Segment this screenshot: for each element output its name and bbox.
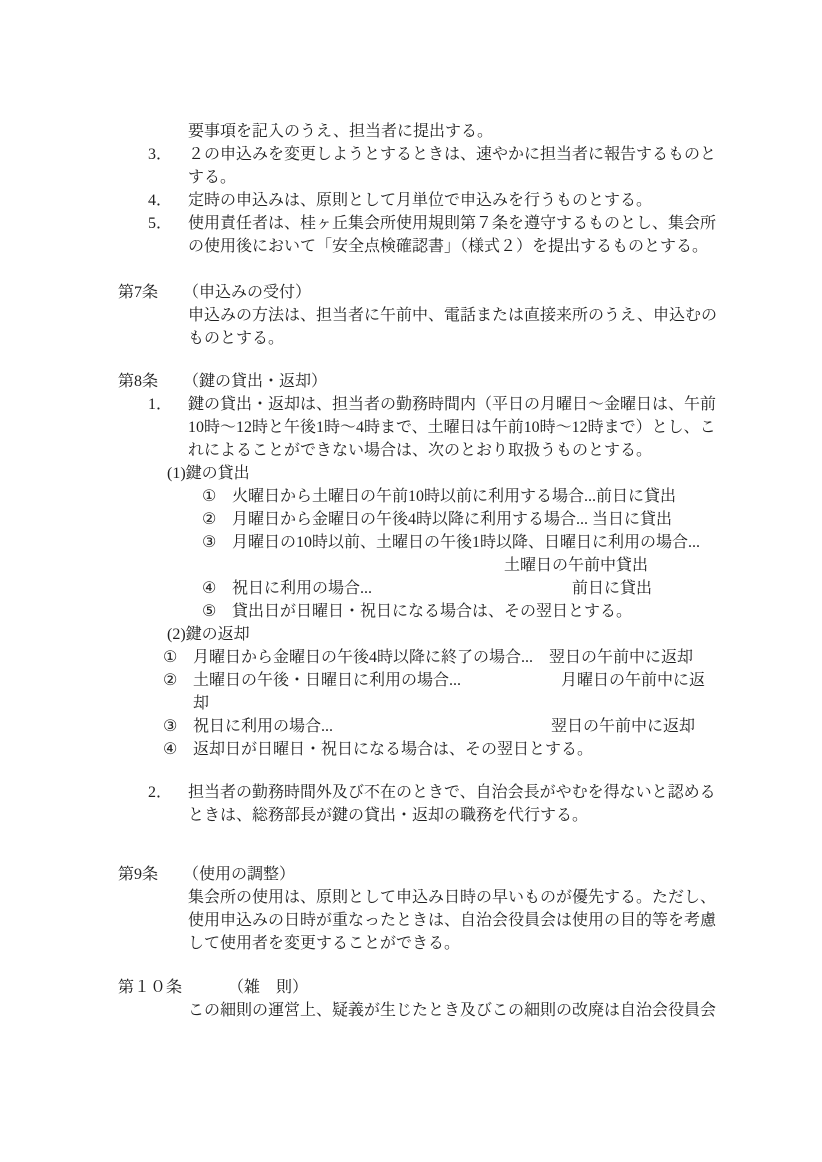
- item-text: 月曜日から金曜日の午後4時以降に終了の場合...翌日の午前中に返却: [193, 646, 718, 669]
- article-8-item-2: 2． 担当者の勤務時間外及び不在のときで、自治会長がやむを得ないと認めるときは、…: [0, 781, 822, 827]
- item-text: 鍵の貸出・返却は、担当者の勤務時間内（平日の月曜日～金曜日は、午前10時～12時…: [188, 393, 718, 462]
- item-text: 担当者の勤務時間外及び不在のときで、自治会長がやむを得ないと認めるときは、総務部…: [188, 781, 718, 827]
- circled-number: ②: [163, 669, 177, 692]
- sublist-label: (2)鍵の返却: [167, 623, 822, 646]
- circled-number: ①: [163, 646, 177, 669]
- result-text: 前日に貸出: [572, 580, 652, 597]
- item-number: 4．: [148, 189, 172, 212]
- condition-text: 月曜日から金曜日の午後4時以降に終了の場合...: [193, 649, 533, 666]
- item-number: 5．: [148, 212, 172, 235]
- condition-text: 祝日に利用の場合...: [232, 580, 372, 597]
- article-10-body: この細則の運営上、疑義が生じたとき及びこの細則の改廃は自治会役員会: [0, 999, 822, 1022]
- condition-text: 土曜日の午後・日曜日に利用の場合...: [193, 672, 461, 689]
- article-title: （使用の調整）: [183, 863, 822, 886]
- dot-leader-gap: [372, 592, 572, 593]
- condition-text: 月曜日の10時以前、土曜日の午後1時以降、日曜日に利用の場合...: [232, 534, 700, 551]
- circled-number: ③: [163, 715, 177, 738]
- numbered-item-3: 3． ２の申込みを変更しようとするときは、速やかに担当者に報告するものとする。: [0, 143, 822, 189]
- item-number: 1．: [148, 393, 172, 416]
- article-9-heading: 第9条 （使用の調整）: [0, 863, 822, 886]
- return-item-2: ② 土曜日の午後・日曜日に利用の場合...月曜日の午前中に返却: [0, 669, 822, 715]
- lend-item-2: ② 月曜日から金曜日の午後4時以降に利用する場合... 当日に貸出: [0, 508, 822, 531]
- item-text: 月曜日の10時以前、土曜日の午後1時以降、日曜日に利用の場合...土曜日の午前中…: [232, 531, 718, 577]
- item-text: 火曜日から土曜日の午前10時以前に利用する場合...前日に貸出: [232, 485, 718, 508]
- document-content: 要事項を記入のうえ、担当者に提出する。 3． ２の申込みを変更しようとするときは…: [0, 0, 822, 1022]
- dot-leader-gap: [533, 661, 549, 662]
- circled-number: ①: [202, 485, 216, 508]
- item-text: 定時の申込みは、原則として月単位で申込みを行うものとする。: [188, 189, 718, 212]
- article-8-item-1: 1． 鍵の貸出・返却は、担当者の勤務時間内（平日の月曜日～金曜日は、午前10時～…: [0, 393, 822, 462]
- article-title: （鍵の貸出・返却）: [183, 370, 822, 393]
- circled-number: ②: [202, 508, 216, 531]
- paragraph: 申込みの方法は、担当者に午前中、電話または直接来所のうえ、申込むのものとする。: [188, 304, 718, 350]
- sublist-label: (1)鍵の貸出: [167, 462, 822, 485]
- document-page: 要事項を記入のうえ、担当者に提出する。 3． ２の申込みを変更しようとするときは…: [0, 0, 822, 1162]
- circled-number: ③: [202, 531, 216, 554]
- article-8-heading: 第8条 （鍵の貸出・返却）: [0, 370, 822, 393]
- circled-number: ④: [163, 738, 177, 761]
- lend-item-4: ④ 祝日に利用の場合...前日に貸出: [0, 577, 822, 600]
- article-label: 第8条: [118, 370, 158, 393]
- article-title: （申込みの受付）: [183, 281, 822, 304]
- article-label: 第9条: [118, 863, 158, 886]
- return-item-3: ③ 祝日に利用の場合...翌日の午前中に返却: [0, 715, 822, 738]
- lend-item-3: ③ 月曜日の10時以前、土曜日の午後1時以降、日曜日に利用の場合...土曜日の午…: [0, 531, 822, 577]
- lend-item-1: ① 火曜日から土曜日の午前10時以前に利用する場合...前日に貸出: [0, 485, 822, 508]
- lend-item-5: ⑤ 貸出日が日曜日・祝日になる場合は、その翌日とする。: [0, 600, 822, 623]
- article-7-heading: 第7条 （申込みの受付）: [0, 281, 822, 304]
- item-number: 2．: [148, 781, 172, 804]
- item-number: 3．: [148, 143, 172, 166]
- carryover-line: 要事項を記入のうえ、担当者に提出する。: [0, 120, 822, 143]
- result-text: 土曜日の午前中貸出: [232, 554, 648, 577]
- article-10-heading: 第１０条 （雑 則）: [0, 976, 822, 999]
- lend-sublist-label: (1)鍵の貸出: [0, 462, 822, 485]
- article-7-body: 申込みの方法は、担当者に午前中、電話または直接来所のうえ、申込むのものとする。: [0, 304, 822, 350]
- paragraph: この細則の運営上、疑義が生じたとき及びこの細則の改廃は自治会役員会: [188, 999, 718, 1022]
- item-text: ２の申込みを変更しようとするときは、速やかに担当者に報告するものとする。: [188, 143, 718, 189]
- paragraph: 集会所の使用は、原則として申込み日時の早いものが優先する。ただし、使用申込みの日…: [188, 886, 718, 955]
- return-item-4: ④ 返却日が日曜日・祝日になる場合は、その翌日とする。: [0, 738, 822, 761]
- condition-text: 祝日に利用の場合...: [193, 718, 333, 735]
- item-text: 祝日に利用の場合...前日に貸出: [232, 577, 718, 600]
- result-text: 翌日の午前中に返却: [551, 718, 695, 735]
- return-item-1: ① 月曜日から金曜日の午後4時以降に終了の場合...翌日の午前中に返却: [0, 646, 822, 669]
- item-text: 貸出日が日曜日・祝日になる場合は、その翌日とする。: [232, 600, 718, 623]
- article-label: 第7条: [118, 281, 158, 304]
- circled-number: ⑤: [202, 600, 216, 623]
- circled-number: ④: [202, 577, 216, 600]
- numbered-item-5: 5． 使用責任者は、桂ヶ丘集会所使用規則第７条を遵守するものとし、集会所の使用後…: [0, 212, 822, 258]
- item-text: 土曜日の午後・日曜日に利用の場合...月曜日の午前中に返却: [193, 669, 718, 715]
- article-title: （雑 則）: [228, 976, 822, 999]
- article-9-body: 集会所の使用は、原則として申込み日時の早いものが優先する。ただし、使用申込みの日…: [0, 886, 822, 955]
- paragraph: 要事項を記入のうえ、担当者に提出する。: [188, 120, 718, 143]
- dot-leader-gap: [333, 730, 551, 731]
- item-text: 返却日が日曜日・祝日になる場合は、その翌日とする。: [193, 738, 718, 761]
- article-label: 第１０条: [118, 976, 182, 999]
- return-sublist-label: (2)鍵の返却: [0, 623, 822, 646]
- item-text: 祝日に利用の場合...翌日の午前中に返却: [193, 715, 718, 738]
- item-text: 月曜日から金曜日の午後4時以降に利用する場合... 当日に貸出: [232, 508, 718, 531]
- numbered-item-4: 4． 定時の申込みは、原則として月単位で申込みを行うものとする。: [0, 189, 822, 212]
- dot-leader-gap: [461, 684, 561, 685]
- result-text: 翌日の午前中に返却: [549, 649, 693, 666]
- item-text: 使用責任者は、桂ヶ丘集会所使用規則第７条を遵守するものとし、集会所の使用後におい…: [188, 212, 718, 258]
